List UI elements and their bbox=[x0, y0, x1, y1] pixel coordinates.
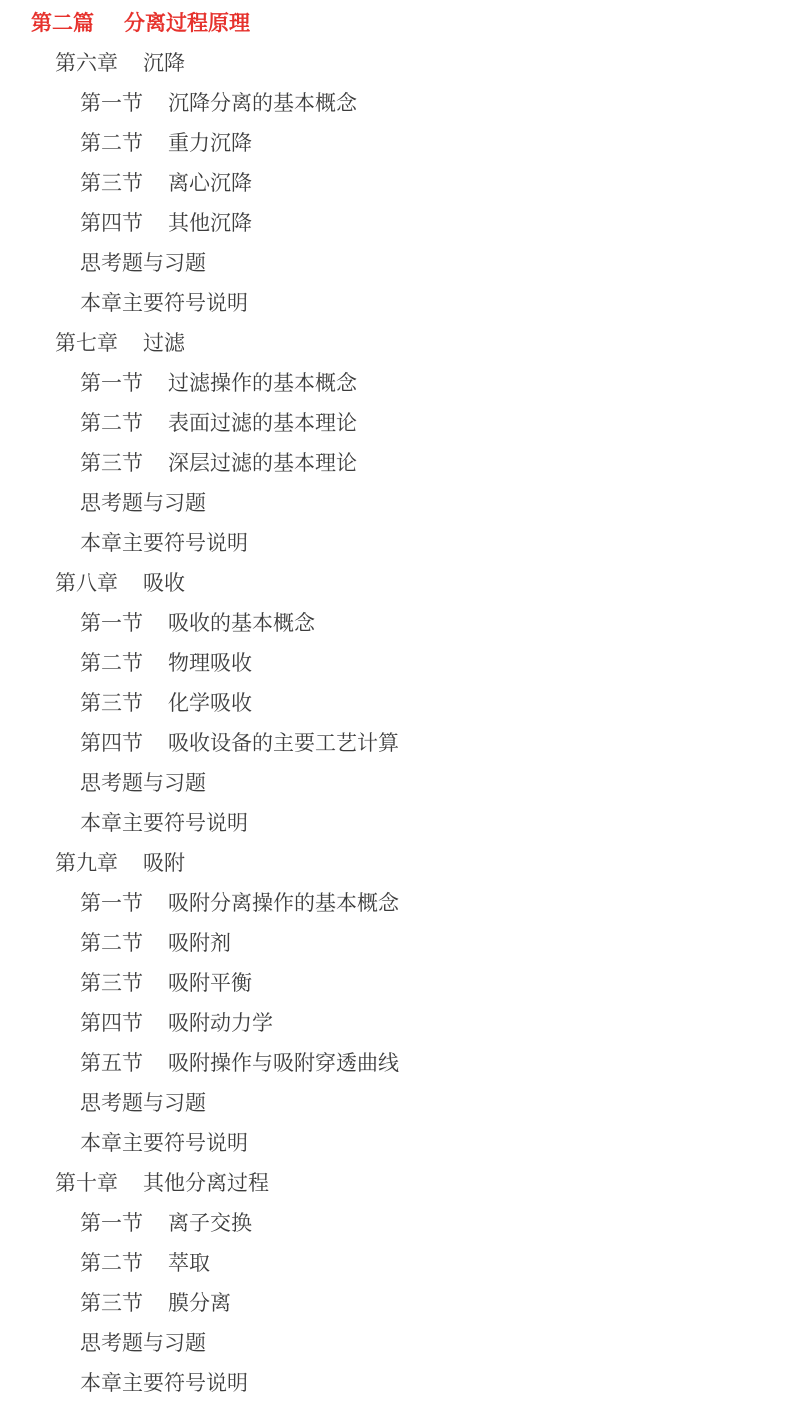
toc-entry-title: 思考题与习题 bbox=[80, 767, 206, 797]
toc-entry-title: 吸附操作与吸附穿透曲线 bbox=[168, 1047, 399, 1077]
toc-entry: 第二节 吸附剂 bbox=[0, 922, 790, 962]
toc-entry: 本章主要符号说明 bbox=[0, 1122, 790, 1162]
toc-entry-label: 第七章 bbox=[55, 327, 118, 357]
toc-entry: 第二节 表面过滤的基本理论 bbox=[0, 402, 790, 442]
toc-entry-title: 过滤 bbox=[143, 327, 185, 357]
toc-entry: 第九章 吸附 bbox=[0, 842, 790, 882]
toc-entry: 思考题与习题 bbox=[0, 482, 790, 522]
toc-entry-title: 表面过滤的基本理论 bbox=[168, 407, 357, 437]
toc-entry-title: 吸附平衡 bbox=[168, 967, 252, 997]
toc-entry: 第一节 吸附分离操作的基本概念 bbox=[0, 882, 790, 922]
part-heading-label: 第二篇 bbox=[31, 7, 94, 37]
toc-entry: 本章主要符号说明 bbox=[0, 1362, 790, 1402]
toc-entry: 第三节 吸附平衡 bbox=[0, 962, 790, 1002]
toc-entry-title: 思考题与习题 bbox=[80, 247, 206, 277]
toc-entry-title: 思考题与习题 bbox=[80, 1087, 206, 1117]
toc-entry-title: 本章主要符号说明 bbox=[80, 287, 248, 317]
toc-entry-title: 吸附剂 bbox=[168, 927, 231, 957]
toc-entry-title: 物理吸收 bbox=[168, 647, 252, 677]
toc-entry-label: 第三节 bbox=[80, 167, 143, 197]
toc-entry: 第六章 沉降 bbox=[0, 42, 790, 82]
toc-entry-label: 第三节 bbox=[80, 447, 143, 477]
toc-entry-title: 吸附 bbox=[143, 847, 185, 877]
toc-entry: 第四节 吸收设备的主要工艺计算 bbox=[0, 722, 790, 762]
toc-entry-title: 其他分离过程 bbox=[143, 1167, 269, 1197]
toc-entry: 第三节 离心沉降 bbox=[0, 162, 790, 202]
toc-entry: 第一节 离子交换 bbox=[0, 1202, 790, 1242]
toc-entry: 思考题与习题 bbox=[0, 1082, 790, 1122]
toc-entry: 第一节 过滤操作的基本概念 bbox=[0, 362, 790, 402]
toc-entry-title: 思考题与习题 bbox=[80, 1327, 206, 1357]
toc-entry-label: 第二节 bbox=[80, 127, 143, 157]
toc-entry-title: 本章主要符号说明 bbox=[80, 1367, 248, 1397]
toc-entry-title: 思考题与习题 bbox=[80, 487, 206, 517]
toc-entry: 第三节 膜分离 bbox=[0, 1282, 790, 1322]
toc-entry-title: 本章主要符号说明 bbox=[80, 527, 248, 557]
toc-entry-label: 第五节 bbox=[80, 1047, 143, 1077]
toc-entry-title: 沉降分离的基本概念 bbox=[168, 87, 357, 117]
toc-entry: 第二节 重力沉降 bbox=[0, 122, 790, 162]
toc-entry: 思考题与习题 bbox=[0, 762, 790, 802]
part-heading: 第二篇 分离过程原理 bbox=[0, 2, 790, 42]
toc-entry-label: 第九章 bbox=[55, 847, 118, 877]
toc-entry-title: 离心沉降 bbox=[168, 167, 252, 197]
toc-entry-title: 膜分离 bbox=[168, 1287, 231, 1317]
toc-entry: 本章主要符号说明 bbox=[0, 282, 790, 322]
toc-entry-title: 吸附分离操作的基本概念 bbox=[168, 887, 399, 917]
toc-entry: 本章主要符号说明 bbox=[0, 802, 790, 842]
toc-entry-label: 第一节 bbox=[80, 1207, 143, 1237]
toc-entry-label: 第二节 bbox=[80, 407, 143, 437]
toc-entry-title: 吸收 bbox=[143, 567, 185, 597]
part-heading-title: 分离过程原理 bbox=[124, 7, 250, 37]
toc-entry-label: 第六章 bbox=[55, 47, 118, 77]
toc-entry-label: 第一节 bbox=[80, 367, 143, 397]
toc-entry-title: 过滤操作的基本概念 bbox=[168, 367, 357, 397]
toc-entry: 第十章 其他分离过程 bbox=[0, 1162, 790, 1202]
toc-entry-title: 其他沉降 bbox=[168, 207, 252, 237]
toc-entry: 思考题与习题 bbox=[0, 242, 790, 282]
toc-entry-title: 本章主要符号说明 bbox=[80, 807, 248, 837]
toc-entry-label: 第四节 bbox=[80, 727, 143, 757]
toc-entry: 第四节 其他沉降 bbox=[0, 202, 790, 242]
toc-entry: 第二节 萃取 bbox=[0, 1242, 790, 1282]
toc-entry-label: 第三节 bbox=[80, 967, 143, 997]
toc-entry-title: 重力沉降 bbox=[168, 127, 252, 157]
toc-entry: 第三节 化学吸收 bbox=[0, 682, 790, 722]
toc-entry-title: 萃取 bbox=[168, 1247, 210, 1277]
toc-entry: 第八章 吸收 bbox=[0, 562, 790, 602]
toc-entry-title: 沉降 bbox=[143, 47, 185, 77]
toc-entry-label: 第二节 bbox=[80, 927, 143, 957]
toc-entry-label: 第四节 bbox=[80, 207, 143, 237]
toc-entry-title: 吸收的基本概念 bbox=[168, 607, 315, 637]
toc-entry-label: 第四节 bbox=[80, 1007, 143, 1037]
toc-entry: 第四节 吸附动力学 bbox=[0, 1002, 790, 1042]
toc-entry-label: 第八章 bbox=[55, 567, 118, 597]
toc-entry-label: 第一节 bbox=[80, 607, 143, 637]
toc-entry: 本章主要符号说明 bbox=[0, 522, 790, 562]
toc-list: 第六章 沉降 第一节 沉降分离的基本概念 第二节 重力沉降 第三节 离心沉降 第… bbox=[0, 42, 790, 1402]
toc-entry-label: 第三节 bbox=[80, 687, 143, 717]
toc-entry-label: 第一节 bbox=[80, 87, 143, 117]
toc-entry: 第七章 过滤 bbox=[0, 322, 790, 362]
toc-entry-title: 吸附动力学 bbox=[168, 1007, 273, 1037]
toc-entry-label: 第二节 bbox=[80, 647, 143, 677]
toc-entry-title: 吸收设备的主要工艺计算 bbox=[168, 727, 399, 757]
toc-entry-title: 化学吸收 bbox=[168, 687, 252, 717]
toc-entry-title: 本章主要符号说明 bbox=[80, 1127, 248, 1157]
toc-entry: 第三节 深层过滤的基本理论 bbox=[0, 442, 790, 482]
toc-entry: 第一节 沉降分离的基本概念 bbox=[0, 82, 790, 122]
toc-entry-title: 离子交换 bbox=[168, 1207, 252, 1237]
toc-entry: 思考题与习题 bbox=[0, 1322, 790, 1362]
toc-entry: 第一节 吸收的基本概念 bbox=[0, 602, 790, 642]
table-of-contents: 第二篇 分离过程原理 第六章 沉降 第一节 沉降分离的基本概念 第二节 重力沉降… bbox=[0, 0, 790, 1402]
toc-entry-label: 第十章 bbox=[55, 1167, 118, 1197]
toc-entry: 第二节 物理吸收 bbox=[0, 642, 790, 682]
toc-entry-label: 第三节 bbox=[80, 1287, 143, 1317]
toc-entry-label: 第一节 bbox=[80, 887, 143, 917]
toc-entry: 第五节 吸附操作与吸附穿透曲线 bbox=[0, 1042, 790, 1082]
toc-entry-title: 深层过滤的基本理论 bbox=[168, 447, 357, 477]
toc-entry-label: 第二节 bbox=[80, 1247, 143, 1277]
